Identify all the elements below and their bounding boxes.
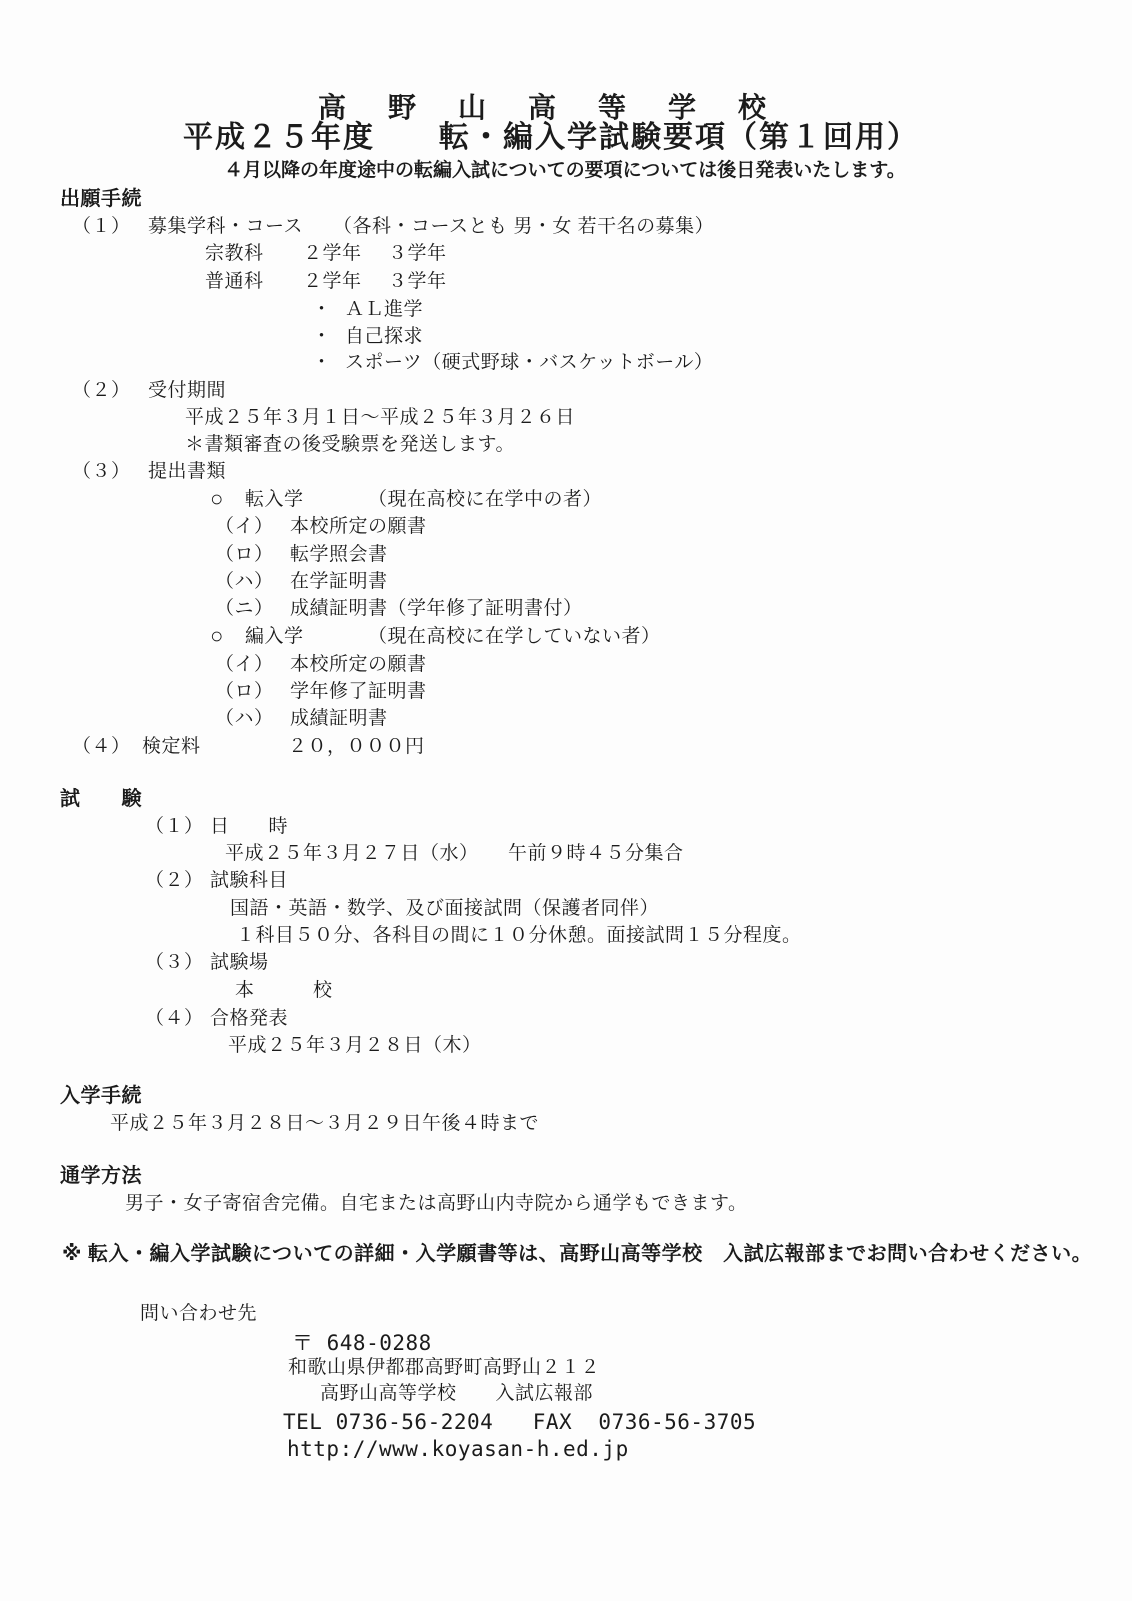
doc-item-name: 成績証明書（学年修了証明書付）	[290, 598, 583, 620]
department-grade3: ３学年	[388, 271, 447, 293]
enrollment-value: 平成２５年３月２８日～３月２９日午後４時まで	[110, 1113, 539, 1135]
department-name: 宗教科	[205, 243, 264, 265]
exam-heading: 試 験	[60, 788, 142, 811]
admission-type: 編入学	[245, 626, 304, 648]
course-name: 自己探求	[345, 326, 423, 348]
doc-item-name: 転学照会書	[290, 544, 388, 566]
contact-address: 和歌山県伊都郡高野町高野山２１２	[288, 1357, 600, 1379]
exam-subjects-line2: １科目５０分、各科目の間に１０分休憩。面接試問１５分程度。	[236, 925, 802, 947]
transfer-type: 転入学	[245, 489, 304, 511]
period-note: ＊書類審査の後受験票を発送します。	[185, 434, 515, 456]
commute-heading: 通学方法	[60, 1165, 142, 1188]
fee-number: （４）	[72, 736, 131, 758]
exam-subjects-line1: 国語・英語・数学、及び面接試問（保護者同伴）	[230, 898, 659, 920]
exam-item-label: 試験場	[210, 952, 269, 974]
inquiry-notice: ※ 転入・編入学試験についての詳細・入学願書等は、高野山高等学校 入試広報部まで…	[62, 1243, 1092, 1266]
exam-results-value: 平成２５年３月２８日（木）	[228, 1035, 482, 1057]
contact-heading: 問い合わせ先	[140, 1303, 257, 1325]
doc-item-name: 成績証明書	[290, 708, 388, 730]
document-title: 平成２５年度 転・編入学試験要項（第１回用）	[183, 121, 919, 156]
fee-label: 検定料	[142, 736, 201, 758]
transfer-condition: （現在高校に在学中の者）	[368, 489, 602, 511]
exam-item-label: 合格発表	[210, 1008, 288, 1030]
doc-item-number: （イ）	[215, 516, 274, 538]
doc-item-name: 本校所定の願書	[290, 654, 427, 676]
enrollment-heading: 入学手続	[60, 1085, 142, 1108]
doc-item-name: 在学証明書	[290, 571, 388, 593]
recruit-note: （各科・コースとも 男・女 若干名の募集）	[333, 216, 714, 238]
course-bullet: ・	[312, 326, 332, 348]
exam-item-number: （１）	[145, 816, 204, 838]
department-name: 普通科	[205, 271, 264, 293]
contact-organization: 高野山高等学校 入試広報部	[320, 1383, 593, 1405]
course-bullet: ・	[312, 352, 332, 374]
period-dates: 平成２５年３月１日～平成２５年３月２６日	[185, 407, 575, 429]
doc-item-number: （ニ）	[215, 598, 274, 620]
document-notice: ４月以降の年度途中の転編入試についての要項については後日発表いたします。	[224, 160, 906, 182]
commute-value: 男子・女子寄宿舎完備。自宅または高野山内寺院から通学もできます。	[125, 1193, 747, 1215]
application-heading: 出願手続	[60, 188, 142, 211]
school-name: 高野山高等学校	[318, 92, 808, 124]
department-grade3: ３学年	[388, 243, 447, 265]
course-name: スポーツ（硬式野球・バスケットボール）	[345, 352, 713, 374]
exam-datetime-value: 平成２５年３月２７日（水） 午前９時４５分集合	[225, 843, 684, 865]
period-label: 受付期間	[148, 380, 226, 402]
documents-label: 提出書類	[148, 461, 226, 483]
exam-item-number: （３）	[145, 952, 204, 974]
documents-number: （３）	[72, 461, 131, 483]
doc-item-number: （ロ）	[215, 681, 274, 703]
recruit-number: （１）	[72, 216, 131, 238]
fee-amount: ２０，０００円	[288, 736, 425, 758]
recruit-label: 募集学科・コース	[148, 216, 303, 238]
doc-item-name: 本校所定の願書	[290, 516, 427, 538]
department-grade2: ２学年	[303, 271, 362, 293]
doc-item-number: （イ）	[215, 654, 274, 676]
circle-mark: ○	[210, 488, 224, 510]
exam-item-label: 日 時	[210, 816, 288, 838]
period-number: （２）	[72, 380, 131, 402]
exam-venue-value: 本 校	[235, 980, 333, 1002]
exam-item-label: 試験科目	[210, 870, 288, 892]
doc-item-number: （ロ）	[215, 544, 274, 566]
document-page: 高野山高等学校 平成２５年度 転・編入学試験要項（第１回用） ４月以降の年度途中…	[0, 0, 1132, 1601]
circle-mark: ○	[210, 625, 224, 647]
postal-code: 〒 648-0288	[292, 1331, 432, 1355]
contact-tel-fax: TEL 0736-56-2204 FAX 0736-56-3705	[283, 1410, 756, 1434]
doc-item-name: 学年修了証明書	[290, 681, 427, 703]
exam-item-number: （４）	[145, 1008, 204, 1030]
website-url: http://www.koyasan-h.ed.jp	[287, 1437, 629, 1461]
department-grade2: ２学年	[303, 243, 362, 265]
admission-condition: （現在高校に在学していない者）	[368, 626, 661, 648]
course-name: ＡＬ進学	[345, 299, 423, 321]
exam-item-number: （２）	[145, 870, 204, 892]
doc-item-number: （ハ）	[215, 571, 274, 593]
course-bullet: ・	[312, 299, 332, 321]
doc-item-number: （ハ）	[215, 708, 274, 730]
